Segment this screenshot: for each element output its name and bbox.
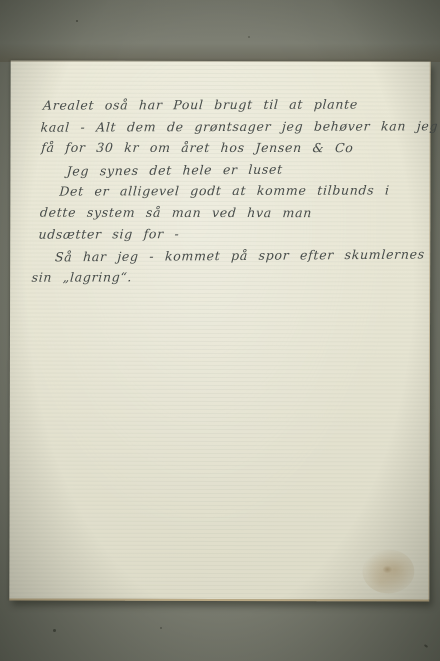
handwritten-line-9: sin „lagring“. xyxy=(31,265,413,288)
handwritten-line-8: Så har jeg - kommet på spor efter skumle… xyxy=(54,243,414,267)
handwritten-line-3: få for 30 kr om året hos Jensen & Co xyxy=(41,137,422,159)
paper-stain-small xyxy=(382,565,392,573)
paper-sheet: Arealet oså har Poul brugt til at plante… xyxy=(9,60,430,601)
dust-speck xyxy=(160,627,162,629)
handwritten-line-1: Arealet oså har Poul brugt til at plante xyxy=(42,93,424,116)
dust-speck xyxy=(76,20,78,22)
handwriting-block: Arealet oså har Poul brugt til at plante… xyxy=(30,93,425,288)
dust-speck xyxy=(248,36,250,38)
handwritten-line-4: Jeg synes det hele er luset xyxy=(66,157,420,182)
dust-speck xyxy=(53,629,56,632)
handwritten-line-7: udsætter sig for - xyxy=(38,222,416,245)
handwritten-line-6: dette system så man ved hva man xyxy=(39,201,417,223)
dust-speck xyxy=(424,644,428,648)
handwritten-line-5: Det er alligevel godt at komme tilbunds … xyxy=(59,179,419,202)
handwritten-line-2: kaal - Alt dem de grøntsager jeg behøver… xyxy=(40,115,423,138)
photo-background: Arealet oså har Poul brugt til at plante… xyxy=(0,0,440,661)
